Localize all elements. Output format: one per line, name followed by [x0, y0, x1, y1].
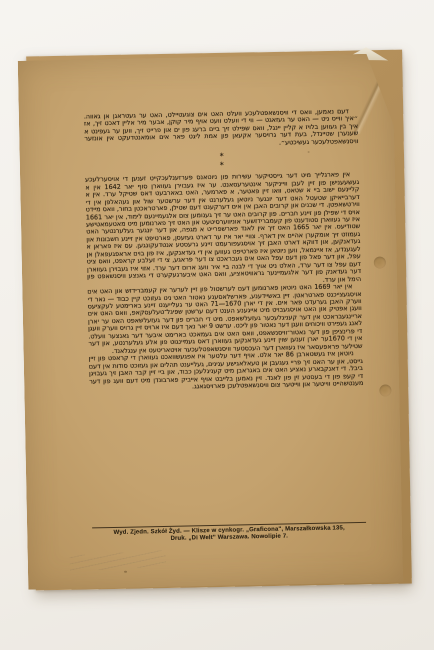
- paper-sheet: דעם נאמען, וואס די וויסנשאפטלעכע וועלט ה…: [18, 53, 404, 589]
- pencil-smudge: [69, 550, 166, 571]
- paragraph-death: ניוטאן איז געשטארבן 86 יאר אלט. אויף דער…: [89, 350, 364, 393]
- punch-hole-top: [374, 256, 386, 268]
- publisher-imprint: Wyd. Zjedn. Szkół Żyd. — Klisze w cynkog…: [92, 522, 366, 545]
- paper-speck: [172, 296, 174, 298]
- photo-background: דעם נאמען, וואס די וויסנשאפטלעכע וועלט ה…: [0, 0, 434, 650]
- paper-speck: [124, 571, 127, 573]
- paper-speck: [308, 151, 310, 153]
- punch-hole-bottom: [379, 384, 391, 396]
- paragraph-quote: דעם נאמען, וואס די וויסנשאפטלעכע וועלט ה…: [84, 108, 359, 151]
- paragraph-career: אין יאר 1669 האט ניוטאן פארנומען דעם לער…: [87, 283, 362, 356]
- paragraph-biography: אין פארגלייך מיט דער גייסטיקער עשירות פו…: [85, 171, 361, 288]
- text-block: דעם נאמען, וואס די וויסנשאפטלעכע וועלט ה…: [84, 108, 364, 393]
